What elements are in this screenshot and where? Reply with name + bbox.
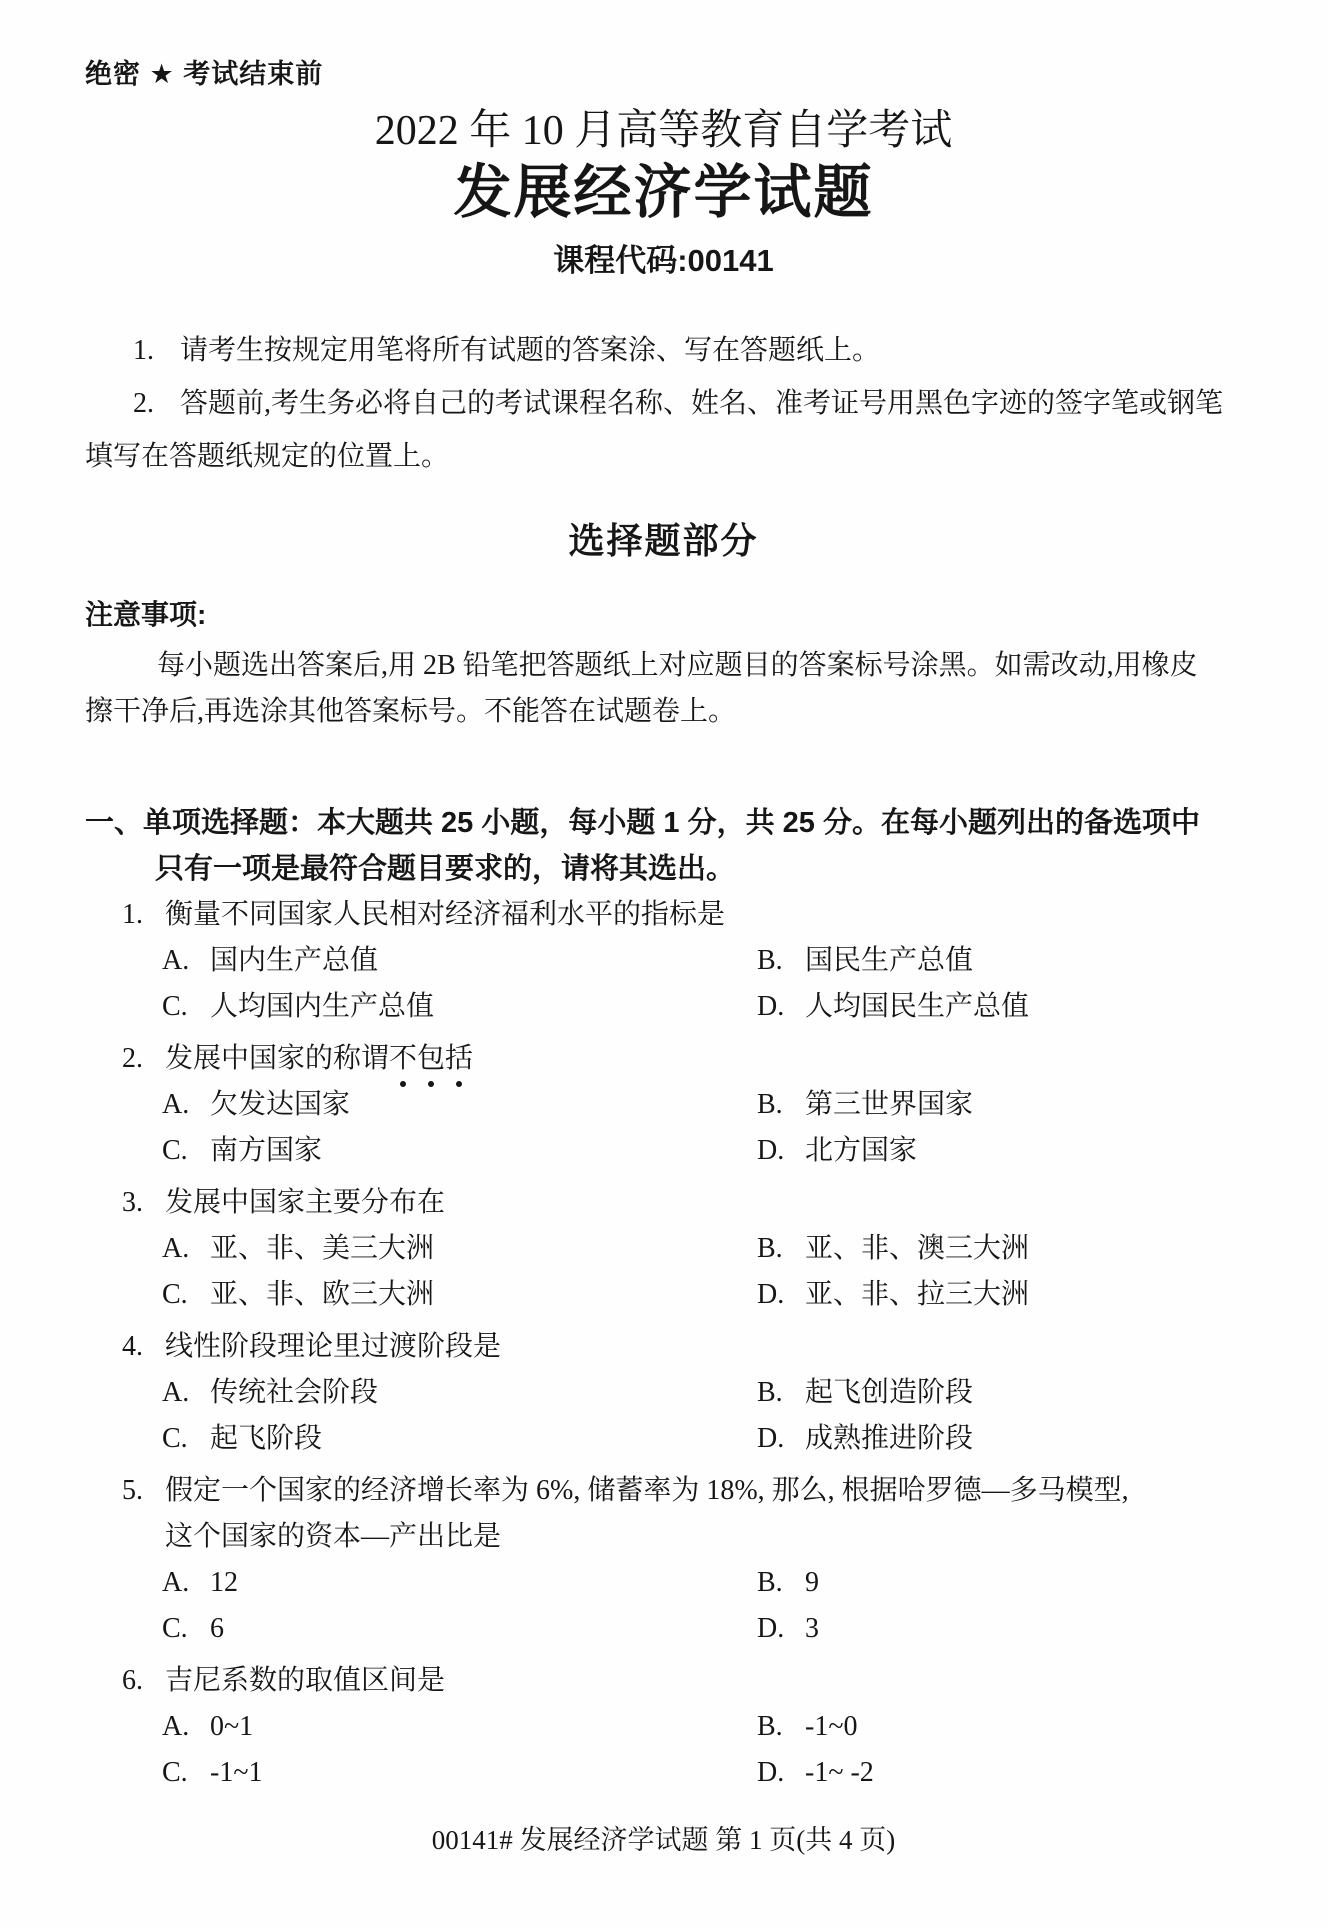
question-line: 吉尼系数的取值区间是 (165, 1658, 1242, 1704)
instruction-number: 2. (133, 377, 180, 430)
option-text: -1~1 (210, 1757, 262, 1788)
option-letter: C. (162, 1416, 210, 1462)
option-letter: D. (757, 1606, 805, 1652)
emphasis-char: 不 (389, 1036, 417, 1082)
option-letter: D. (757, 1272, 805, 1318)
option-letter: C. (162, 1272, 210, 1318)
question-text: 发展中国家主要分布在 (165, 1180, 1242, 1226)
option: B.起飞创造阶段 (757, 1370, 1242, 1416)
option-text: 0~1 (210, 1711, 253, 1742)
option-letter: A. (162, 1370, 210, 1416)
option-text: 国民生产总值 (805, 945, 973, 976)
option-text: 起飞阶段 (210, 1423, 322, 1454)
option-text: 亚、非、欧三大洲 (210, 1279, 434, 1310)
option-text: 起飞创造阶段 (805, 1377, 973, 1408)
emphasis-char: 包 (417, 1036, 445, 1082)
instruction-line: 填写在答题纸规定的位置上。 (85, 430, 1242, 483)
part-title: 选择题部分 (85, 517, 1242, 565)
option: A.传统社会阶段 (85, 1370, 757, 1416)
question: 5.假定一个国家的经济增长率为 6%, 储蓄率为 18%, 那么, 根据哈罗德—… (85, 1468, 1242, 1652)
option-text: 9 (805, 1567, 819, 1598)
option: D.亚、非、拉三大洲 (757, 1272, 1242, 1318)
option: A.国内生产总值 (85, 938, 757, 984)
option: B.亚、非、澳三大洲 (757, 1226, 1242, 1272)
section-heading: 一、单项选择题：本大题共 25 小题，每小题 1 分，共 25 分。在每小题列出… (85, 800, 1242, 892)
questions-list: 1.衡量不同国家人民相对经济福利水平的指标是A.国内生产总值B.国民生产总值C.… (85, 892, 1242, 1796)
option-letter: A. (162, 938, 210, 984)
option-text: 人均国内生产总值 (210, 991, 434, 1022)
notice-line: 每小题选出答案后,用 2B 铅笔把答题纸上对应题目的答案标号涂黑。如需改动,用橡… (85, 643, 1242, 689)
option: B.9 (757, 1560, 1242, 1606)
option: C.起飞阶段 (85, 1416, 757, 1462)
option-text: 欠发达国家 (210, 1089, 350, 1120)
question: 2.发展中国家的称谓不包括A.欠发达国家B.第三世界国家C.南方国家D.北方国家 (85, 1036, 1242, 1174)
option: D.人均国民生产总值 (757, 984, 1242, 1030)
option-letter: C. (162, 1606, 210, 1652)
question-number: 2. (122, 1036, 143, 1082)
option: A.0~1 (85, 1704, 757, 1750)
question-head: 4.线性阶段理论里过渡阶段是 (85, 1324, 1242, 1370)
options-grid: A.0~1B.-1~0C.-1~1D.-1~ -2 (85, 1704, 1242, 1796)
option: C.6 (85, 1606, 757, 1652)
option-letter: D. (757, 1750, 805, 1796)
option-letter: C. (162, 1128, 210, 1174)
notice-line: 擦干净后,再选涂其他答案标号。不能答在试题卷上。 (85, 689, 1242, 735)
option: C.南方国家 (85, 1128, 757, 1174)
option-text: 6 (210, 1613, 224, 1644)
question-line: 线性阶段理论里过渡阶段是 (165, 1324, 1242, 1370)
option-letter: C. (162, 984, 210, 1030)
options-grid: A.12B.9C.6D.3 (85, 1560, 1242, 1652)
option: D.成熟推进阶段 (757, 1416, 1242, 1462)
option-text: 北方国家 (805, 1135, 917, 1166)
option-letter: D. (757, 1416, 805, 1462)
question: 4.线性阶段理论里过渡阶段是A.传统社会阶段B.起飞创造阶段C.起飞阶段D.成熟… (85, 1324, 1242, 1462)
option-text: 南方国家 (210, 1135, 322, 1166)
question-text: 衡量不同国家人民相对经济福利水平的指标是 (165, 892, 1242, 938)
option-letter: A. (162, 1082, 210, 1128)
instruction-line: 1.请考生按规定用笔将所有试题的答案涂、写在答题纸上。 (85, 324, 1242, 377)
option: B.-1~0 (757, 1704, 1242, 1750)
option: C.人均国内生产总值 (85, 984, 757, 1030)
option-text: 传统社会阶段 (210, 1377, 378, 1408)
instruction-item: 2.答题前,考生务必将自己的考试课程名称、姓名、准考证号用黑色字迹的签字笔或钢笔… (85, 377, 1242, 483)
option-letter: A. (162, 1560, 210, 1606)
option: D.-1~ -2 (757, 1750, 1242, 1796)
course-code: 课程代码:00141 (85, 240, 1242, 282)
question-number: 4. (122, 1324, 143, 1370)
option-letter: B. (757, 1704, 805, 1750)
section-heading-line: 只有一项是最符合题目要求的，请将其选出。 (85, 846, 1242, 892)
emphasis-char: 括 (445, 1036, 473, 1082)
question-line: 这个国家的资本—产出比是 (165, 1514, 1242, 1560)
option: B.国民生产总值 (757, 938, 1242, 984)
question-number: 6. (122, 1658, 143, 1704)
option: A.亚、非、美三大洲 (85, 1226, 757, 1272)
option-letter: A. (162, 1226, 210, 1272)
section-heading-line: 一、单项选择题：本大题共 25 小题，每小题 1 分，共 25 分。在每小题列出… (85, 800, 1242, 846)
question: 3.发展中国家主要分布在A.亚、非、美三大洲B.亚、非、澳三大洲C.亚、非、欧三… (85, 1180, 1242, 1318)
question-text: 发展中国家的称谓不包括 (165, 1036, 1242, 1082)
page-footer: 00141# 发展经济学试题 第 1 页(共 4 页) (0, 1820, 1327, 1860)
option-text: 成熟推进阶段 (805, 1423, 973, 1454)
secret-label: 绝密 ★ 考试结束前 (85, 58, 1242, 90)
option-text: 国内生产总值 (210, 945, 378, 976)
option-text: 亚、非、美三大洲 (210, 1233, 434, 1264)
question-head: 1.衡量不同国家人民相对经济福利水平的指标是 (85, 892, 1242, 938)
option-letter: D. (757, 984, 805, 1030)
option-letter: C. (162, 1750, 210, 1796)
instruction-item: 1.请考生按规定用笔将所有试题的答案涂、写在答题纸上。 (85, 324, 1242, 377)
question-text: 假定一个国家的经济增长率为 6%, 储蓄率为 18%, 那么, 根据哈罗德—多马… (165, 1468, 1242, 1560)
instruction-line: 2.答题前,考生务必将自己的考试课程名称、姓名、准考证号用黑色字迹的签字笔或钢笔 (85, 377, 1242, 430)
exam-subtitle: 发展经济学试题 (85, 160, 1242, 226)
question-head: 2.发展中国家的称谓不包括 (85, 1036, 1242, 1082)
question: 6.吉尼系数的取值区间是A.0~1B.-1~0C.-1~1D.-1~ -2 (85, 1658, 1242, 1796)
question-number: 3. (122, 1180, 143, 1226)
option: C.-1~1 (85, 1750, 757, 1796)
option-letter: A. (162, 1704, 210, 1750)
option: D.3 (757, 1606, 1242, 1652)
question-head: 5.假定一个国家的经济增长率为 6%, 储蓄率为 18%, 那么, 根据哈罗德—… (85, 1468, 1242, 1560)
option-letter: B. (757, 938, 805, 984)
option: A.12 (85, 1560, 757, 1606)
option-text: 12 (210, 1567, 238, 1598)
question-line: 假定一个国家的经济增长率为 6%, 储蓄率为 18%, 那么, 根据哈罗德—多马… (165, 1468, 1242, 1514)
options-grid: A.欠发达国家B.第三世界国家C.南方国家D.北方国家 (85, 1082, 1242, 1174)
option-text: 第三世界国家 (805, 1089, 973, 1120)
exam-page: 绝密 ★ 考试结束前 2022 年 10 月高等教育自学考试 发展经济学试题 课… (0, 0, 1327, 1927)
option-text: -1~ -2 (805, 1757, 874, 1788)
instruction-number: 1. (133, 324, 180, 377)
option-text: 亚、非、拉三大洲 (805, 1279, 1029, 1310)
option-letter: B. (757, 1560, 805, 1606)
option-text: -1~0 (805, 1711, 857, 1742)
option-text: 人均国民生产总值 (805, 991, 1029, 1022)
instruction-text: 请考生按规定用笔将所有试题的答案涂、写在答题纸上。 (180, 335, 880, 366)
option-text: 亚、非、澳三大洲 (805, 1233, 1029, 1264)
question-head: 6.吉尼系数的取值区间是 (85, 1658, 1242, 1704)
option-letter: B. (757, 1226, 805, 1272)
instructions-list: 1.请考生按规定用笔将所有试题的答案涂、写在答题纸上。2.答题前,考生务必将自己… (85, 324, 1242, 483)
question-text: 线性阶段理论里过渡阶段是 (165, 1324, 1242, 1370)
option: A.欠发达国家 (85, 1082, 757, 1128)
question-number: 1. (122, 892, 143, 938)
option: C.亚、非、欧三大洲 (85, 1272, 757, 1318)
option-letter: D. (757, 1128, 805, 1174)
options-grid: A.传统社会阶段B.起飞创造阶段C.起飞阶段D.成熟推进阶段 (85, 1370, 1242, 1462)
instruction-text: 答题前,考生务必将自己的考试课程名称、姓名、准考证号用黑色字迹的签字笔或钢笔 (180, 388, 1223, 419)
question-line: 发展中国家主要分布在 (165, 1180, 1242, 1226)
question-head: 3.发展中国家主要分布在 (85, 1180, 1242, 1226)
option: D.北方国家 (757, 1128, 1242, 1174)
exam-title: 2022 年 10 月高等教育自学考试 (85, 104, 1242, 158)
question-line-text: 发展中国家的称谓 (165, 1043, 389, 1074)
options-grid: A.国内生产总值B.国民生产总值C.人均国内生产总值D.人均国民生产总值 (85, 938, 1242, 1030)
question-number: 5. (122, 1468, 143, 1514)
option-letter: B. (757, 1370, 805, 1416)
question-line: 衡量不同国家人民相对经济福利水平的指标是 (165, 892, 1242, 938)
question-text: 吉尼系数的取值区间是 (165, 1658, 1242, 1704)
question-line: 发展中国家的称谓不包括 (165, 1036, 1242, 1082)
notice-paragraph: 每小题选出答案后,用 2B 铅笔把答题纸上对应题目的答案标号涂黑。如需改动,用橡… (85, 643, 1242, 735)
question: 1.衡量不同国家人民相对经济福利水平的指标是A.国内生产总值B.国民生产总值C.… (85, 892, 1242, 1030)
notice-label: 注意事项: (85, 597, 1242, 633)
option-letter: B. (757, 1082, 805, 1128)
options-grid: A.亚、非、美三大洲B.亚、非、澳三大洲C.亚、非、欧三大洲D.亚、非、拉三大洲 (85, 1226, 1242, 1318)
option-text: 3 (805, 1613, 819, 1644)
option: B.第三世界国家 (757, 1082, 1242, 1128)
